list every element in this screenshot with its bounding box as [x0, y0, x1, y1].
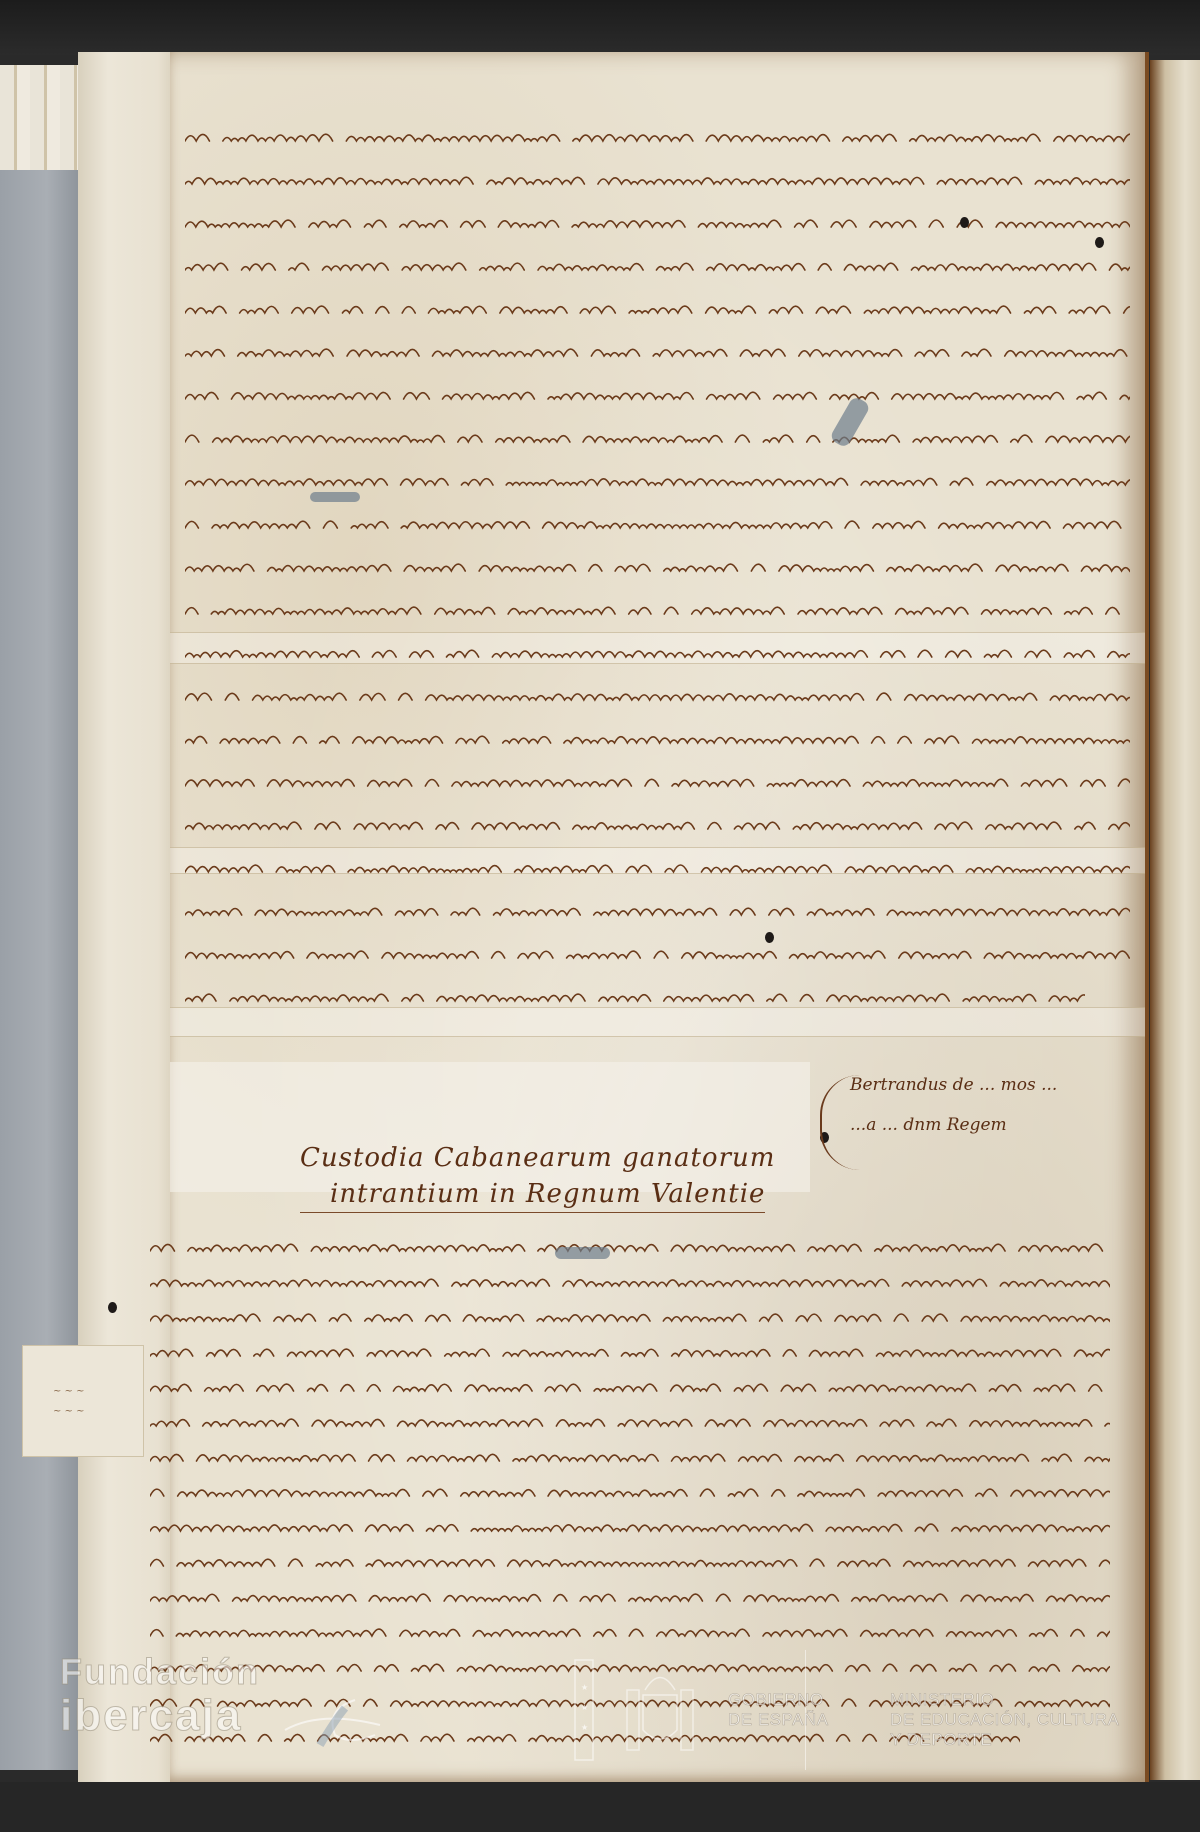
heading-line-2: intrantium in Regnum Valentie	[300, 1176, 765, 1213]
handwritten-line	[185, 299, 1130, 325]
binding-board	[0, 170, 78, 1770]
handwritten-line	[185, 944, 1130, 970]
marginal-note: ~ ~ ~	[53, 1386, 85, 1397]
signature-block: Bertrandus de ... mos ... ...a ... dnm R…	[850, 1065, 1140, 1145]
handwritten-line	[185, 213, 1130, 239]
signature-line-2: ...a ... dnm Regem	[850, 1105, 1140, 1145]
handwritten-line	[150, 1482, 1110, 1508]
ink-blot	[765, 932, 774, 943]
gobierno-label: GOBIERNO DE ESPAÑA	[728, 1690, 829, 1730]
scan-frame-top	[0, 0, 1200, 55]
handwritten-line	[185, 170, 1130, 196]
handwritten-line	[185, 772, 1130, 798]
facing-page-edge	[1150, 60, 1200, 1780]
ibercaja-logo-icon	[280, 1690, 390, 1750]
handwritten-line	[150, 1552, 1110, 1578]
handwritten-line	[150, 1307, 1110, 1333]
section-heading: Custodia Cabanearum ganatorum intrantium…	[300, 1140, 860, 1213]
handwritten-line	[185, 600, 1130, 626]
ministerio-label: MINISTERIO DE EDUCACIÓN, CULTURA Y DEPOR…	[890, 1690, 1119, 1750]
handwritten-line	[185, 342, 1130, 368]
svg-text:★: ★	[581, 1723, 588, 1732]
watermark-line-1: Fundación	[60, 1652, 260, 1692]
fundacion-ibercaja-watermark: Fundación ibercaja	[60, 1652, 260, 1740]
handwritten-line	[150, 1237, 1110, 1263]
stacked-leaves	[0, 65, 82, 173]
handwritten-line	[185, 256, 1130, 282]
handwritten-line	[185, 729, 1130, 755]
heading-line-1: Custodia Cabanearum ganatorum	[300, 1140, 860, 1176]
scan-frame-bottom	[0, 1782, 1200, 1832]
handwritten-line	[150, 1342, 1110, 1368]
ink-stain	[310, 492, 360, 502]
watermark-line-2: ibercaja	[60, 1692, 260, 1740]
handwritten-line	[185, 858, 1130, 884]
handwritten-line	[150, 1622, 1110, 1648]
handwritten-line	[185, 428, 1130, 454]
handwritten-line	[150, 1447, 1110, 1473]
ink-stain	[555, 1247, 610, 1259]
handwritten-line	[150, 1272, 1110, 1298]
logo-divider	[805, 1650, 806, 1770]
handwritten-line	[185, 127, 1130, 153]
ink-blot	[108, 1302, 117, 1313]
handwritten-line	[150, 1517, 1110, 1543]
handwritten-line	[185, 686, 1130, 712]
handwritten-line	[185, 815, 1130, 841]
handwritten-line	[150, 1587, 1110, 1613]
handwritten-line	[185, 901, 1130, 927]
marginal-slip: ~ ~ ~ ~ ~ ~	[22, 1345, 144, 1457]
spain-coat-of-arms-icon: ★ ★ ★	[565, 1655, 725, 1765]
signature-line-1: Bertrandus de ... mos ...	[850, 1065, 1140, 1105]
ink-blot	[1095, 237, 1104, 248]
handwritten-line	[185, 385, 1130, 411]
handwritten-line	[185, 514, 1130, 540]
handwritten-line	[150, 1377, 1110, 1403]
marginal-note: ~ ~ ~	[53, 1406, 85, 1417]
svg-text:★: ★	[581, 1683, 588, 1692]
handwritten-line	[185, 643, 1130, 669]
svg-text:★: ★	[581, 1703, 588, 1712]
handwritten-line	[150, 1412, 1110, 1438]
handwritten-line	[185, 987, 1085, 1013]
manuscript-page	[170, 52, 1149, 1784]
ink-blot	[960, 217, 969, 228]
handwritten-line	[185, 557, 1130, 583]
